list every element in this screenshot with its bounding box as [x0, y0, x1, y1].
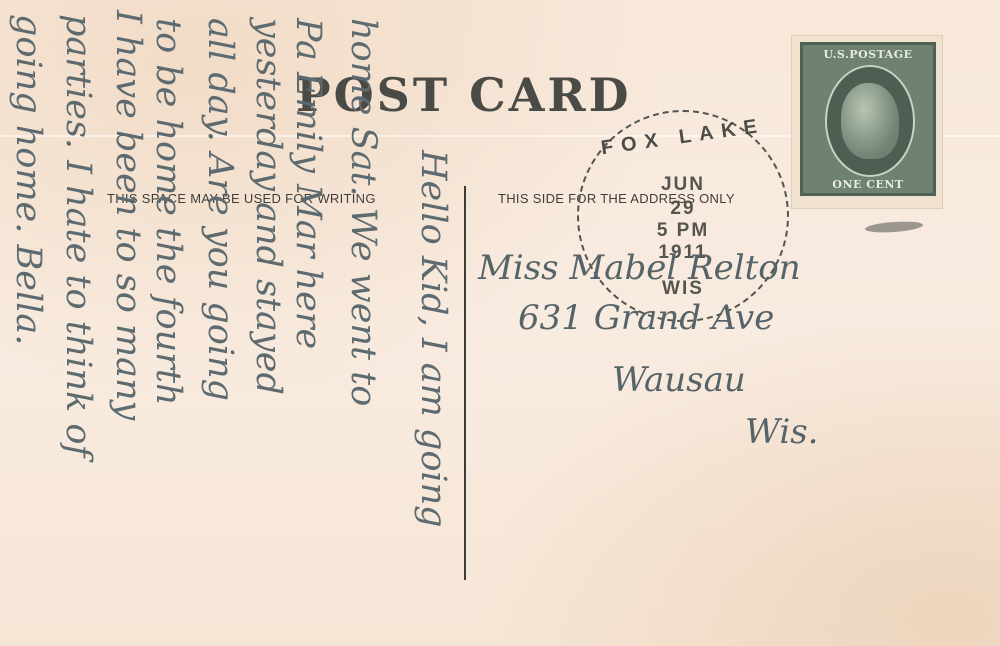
- postmark-time: 5 PM: [579, 220, 787, 242]
- address-city: Wausau: [612, 360, 746, 400]
- message-line: I have been to so many: [110, 10, 145, 420]
- franklin-portrait-icon: [825, 65, 915, 177]
- cancel-mark-icon: [865, 220, 924, 234]
- postmark-day: 29: [579, 198, 787, 220]
- postmark-month: JUN: [579, 174, 787, 196]
- postage-stamp: U.S.POSTAGE ONE CENT: [792, 36, 942, 208]
- message-line: parties. I hate to think of: [60, 14, 95, 457]
- stamp-value-text: ONE CENT: [803, 178, 933, 191]
- message-line: all day. Are you going: [202, 18, 237, 401]
- message-line: home Sat. We went to: [345, 18, 380, 406]
- message-line: going home. Bella.: [10, 14, 45, 345]
- center-divider: [464, 186, 466, 580]
- address-state: Wis.: [745, 412, 818, 452]
- postcard-back: POST CARD THIS SPACE MAY BE USED FOR WRI…: [0, 0, 1000, 646]
- handwritten-message: Hello Kid, I am going home Sat. We went …: [0, 0, 460, 646]
- message-line: Hello Kid, I am going: [415, 150, 450, 528]
- postmark: FOX LAKE JUN 29 5 PM 1911 WIS: [577, 110, 789, 322]
- address-street: 631 Grand Ave: [518, 298, 774, 338]
- address-name: Miss Mabel Relton: [478, 248, 801, 288]
- stamp-top-text: U.S.POSTAGE: [803, 48, 933, 61]
- message-line: Pa Emily Mar here: [290, 18, 325, 349]
- message-line: yesterday and stayed: [250, 18, 285, 395]
- message-line: to be home the fourth: [150, 18, 185, 406]
